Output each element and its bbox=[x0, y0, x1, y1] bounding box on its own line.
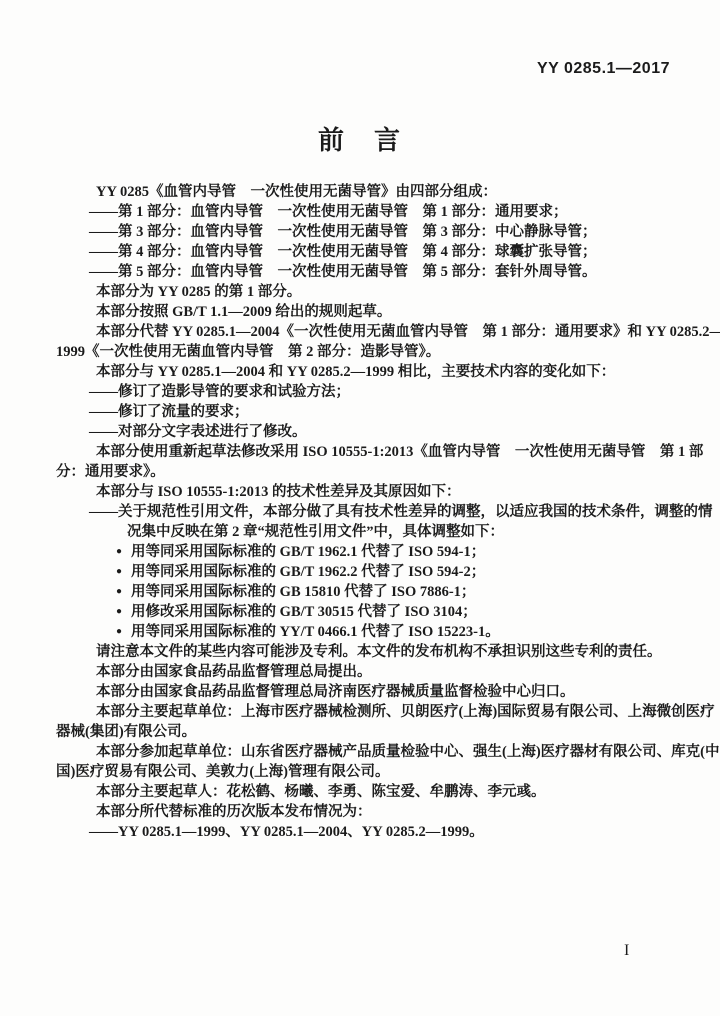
line-text: 器械(集团)有限公司。 bbox=[56, 724, 196, 740]
line-text: 本部分与 YY 0285.1—2004 和 YY 0285.2—1999 相比，… bbox=[96, 364, 615, 380]
line-text: 用等同采用国际标准的 GB/T 1962.1 代替了 ISO 594-1； bbox=[131, 544, 485, 560]
foreword-line: ——第 4 部分：血管内导管 一次性使用无菌导管 第 4 部分：球囊扩张导管； bbox=[56, 242, 678, 262]
foreword-line: ●用等同采用国际标准的 GB/T 1962.2 代替了 ISO 594-2； bbox=[56, 562, 678, 582]
foreword-body: YY 0285《血管内导管 一次性使用无菌导管》由四部分组成：——第 1 部分：… bbox=[56, 182, 678, 842]
line-text: 本部分主要起草单位：上海市医疗器械检测所、贝朗医疗(上海)国际贸易有限公司、上海… bbox=[96, 704, 715, 720]
foreword-line: 本部分由国家食品药品监督管理总局济南医疗器械质量监督检验中心归口。 bbox=[56, 682, 678, 702]
line-text: ——修订了流量的要求； bbox=[89, 404, 249, 420]
line-text: 本部分按照 GB/T 1.1—2009 给出的规则起草。 bbox=[96, 304, 391, 320]
foreword-line: 本部分参加起草单位：山东省医疗器械产品质量检验中心、强生(上海)医疗器材有限公司… bbox=[56, 742, 678, 762]
bullet-icon: ● bbox=[116, 562, 122, 582]
foreword-line: 国)医疗贸易有限公司、美敦力(上海)管理有限公司。 bbox=[56, 762, 678, 782]
line-text: 请注意本文件的某些内容可能涉及专利。本文件的发布机构不承担识别这些专利的责任。 bbox=[96, 644, 662, 660]
foreword-line: ——第 5 部分：血管内导管 一次性使用无菌导管 第 5 部分：套针外周导管。 bbox=[56, 262, 678, 282]
foreword-line: 况集中反映在第 2 章“规范性引用文件”中，具体调整如下： bbox=[56, 522, 678, 542]
foreword-line: 1999《一次性使用无菌血管内导管 第 2 部分：造影导管》。 bbox=[56, 342, 678, 362]
line-text: ——第 3 部分：血管内导管 一次性使用无菌导管 第 3 部分：中心静脉导管； bbox=[89, 224, 597, 240]
line-text: 用等同采用国际标准的 YY/T 0466.1 代替了 ISO 15223-1。 bbox=[131, 624, 500, 640]
line-text: ——YY 0285.1—1999、YY 0285.1—2004、YY 0285.… bbox=[89, 824, 484, 840]
line-text: 国)医疗贸易有限公司、美敦力(上海)管理有限公司。 bbox=[56, 764, 389, 780]
foreword-line: 本部分使用重新起草法修改采用 ISO 10555-1:2013《血管内导管 一次… bbox=[56, 442, 678, 462]
line-text: ——对部分文字表述进行了修改。 bbox=[89, 424, 307, 440]
foreword-line: ——修订了流量的要求； bbox=[56, 402, 678, 422]
line-text: 用等同采用国际标准的 GB 15810 代替了 ISO 7886-1； bbox=[131, 584, 475, 600]
foreword-line: ●用等同采用国际标准的 GB 15810 代替了 ISO 7886-1； bbox=[56, 582, 678, 602]
page-title: 前 言 bbox=[0, 120, 720, 157]
line-text: 本部分参加起草单位：山东省医疗器械产品质量检验中心、强生(上海)医疗器材有限公司… bbox=[96, 744, 719, 760]
foreword-line: ——第 3 部分：血管内导管 一次性使用无菌导管 第 3 部分：中心静脉导管； bbox=[56, 222, 678, 242]
line-text: 本部分使用重新起草法修改采用 ISO 10555-1:2013《血管内导管 一次… bbox=[96, 444, 703, 460]
foreword-line: ——关于规范性引用文件，本部分做了具有技术性差异的调整，以适应我国的技术条件，调… bbox=[56, 502, 678, 522]
foreword-line: 本部分与 ISO 10555-1:2013 的技术性差异及其原因如下： bbox=[56, 482, 678, 502]
foreword-line: 本部分所代替标准的历次版本发布情况为： bbox=[56, 802, 678, 822]
line-text: 用修改采用国际标准的 GB/T 30515 代替了 ISO 3104； bbox=[131, 604, 477, 620]
foreword-line: 请注意本文件的某些内容可能涉及专利。本文件的发布机构不承担识别这些专利的责任。 bbox=[56, 642, 678, 662]
line-text: 本部分与 ISO 10555-1:2013 的技术性差异及其原因如下： bbox=[96, 484, 461, 500]
foreword-line: 器械(集团)有限公司。 bbox=[56, 722, 678, 742]
foreword-line: ●用等同采用国际标准的 GB/T 1962.1 代替了 ISO 594-1； bbox=[56, 542, 678, 562]
bullet-icon: ● bbox=[116, 622, 122, 642]
foreword-line: 本部分为 YY 0285 的第 1 部分。 bbox=[56, 282, 678, 302]
line-text: 本部分由国家食品药品监督管理总局提出。 bbox=[96, 664, 372, 680]
line-text: 本部分主要起草人：花松鹤、杨曦、李勇、陈宝爱、牟鹏涛、李元彧。 bbox=[96, 784, 546, 800]
foreword-line: 分：通用要求》。 bbox=[56, 462, 678, 482]
foreword-line: 本部分主要起草单位：上海市医疗器械检测所、贝朗医疗(上海)国际贸易有限公司、上海… bbox=[56, 702, 678, 722]
bullet-icon: ● bbox=[116, 582, 122, 602]
line-text: 分：通用要求》。 bbox=[56, 464, 165, 480]
foreword-line: ——YY 0285.1—1999、YY 0285.1—2004、YY 0285.… bbox=[56, 822, 678, 842]
line-text: 本部分为 YY 0285 的第 1 部分。 bbox=[96, 284, 301, 300]
standard-number: YY 0285.1—2017 bbox=[537, 60, 670, 78]
document-page: YY 0285.1—2017 前 言 YY 0285《血管内导管 一次性使用无菌… bbox=[0, 0, 720, 1016]
line-text: ——修订了造影导管的要求和试验方法； bbox=[89, 384, 350, 400]
page-number: I bbox=[624, 942, 629, 960]
line-text: ——关于规范性引用文件，本部分做了具有技术性差异的调整，以适应我国的技术条件，调… bbox=[89, 504, 713, 520]
line-text: ——第 5 部分：血管内导管 一次性使用无菌导管 第 5 部分：套针外周导管。 bbox=[89, 264, 597, 280]
foreword-line: ——对部分文字表述进行了修改。 bbox=[56, 422, 678, 442]
line-text: 1999《一次性使用无菌血管内导管 第 2 部分：造影导管》。 bbox=[56, 344, 440, 360]
line-text: 用等同采用国际标准的 GB/T 1962.2 代替了 ISO 594-2； bbox=[131, 564, 485, 580]
foreword-line: 本部分与 YY 0285.1—2004 和 YY 0285.2—1999 相比，… bbox=[56, 362, 678, 382]
line-text: 本部分所代替标准的历次版本发布情况为： bbox=[96, 804, 372, 820]
foreword-line: ●用修改采用国际标准的 GB/T 30515 代替了 ISO 3104； bbox=[56, 602, 678, 622]
bullet-icon: ● bbox=[116, 542, 122, 562]
line-text: 本部分代替 YY 0285.1—2004《一次性使用无菌血管内导管 第 1 部分… bbox=[96, 324, 720, 340]
line-text: ——第 4 部分：血管内导管 一次性使用无菌导管 第 4 部分：球囊扩张导管； bbox=[89, 244, 597, 260]
foreword-line: YY 0285《血管内导管 一次性使用无菌导管》由四部分组成： bbox=[56, 182, 678, 202]
foreword-line: ●用等同采用国际标准的 YY/T 0466.1 代替了 ISO 15223-1。 bbox=[56, 622, 678, 642]
bullet-icon: ● bbox=[116, 602, 122, 622]
line-text: 况集中反映在第 2 章“规范性引用文件”中，具体调整如下： bbox=[127, 524, 504, 540]
line-text: 本部分由国家食品药品监督管理总局济南医疗器械质量监督检验中心归口。 bbox=[96, 684, 575, 700]
foreword-line: 本部分由国家食品药品监督管理总局提出。 bbox=[56, 662, 678, 682]
foreword-line: 本部分按照 GB/T 1.1—2009 给出的规则起草。 bbox=[56, 302, 678, 322]
foreword-line: ——修订了造影导管的要求和试验方法； bbox=[56, 382, 678, 402]
line-text: YY 0285《血管内导管 一次性使用无菌导管》由四部分组成： bbox=[96, 184, 497, 200]
foreword-line: ——第 1 部分：血管内导管 一次性使用无菌导管 第 1 部分：通用要求； bbox=[56, 202, 678, 222]
foreword-line: 本部分主要起草人：花松鹤、杨曦、李勇、陈宝爱、牟鹏涛、李元彧。 bbox=[56, 782, 678, 802]
foreword-line: 本部分代替 YY 0285.1—2004《一次性使用无菌血管内导管 第 1 部分… bbox=[56, 322, 678, 342]
line-text: ——第 1 部分：血管内导管 一次性使用无菌导管 第 1 部分：通用要求； bbox=[89, 204, 568, 220]
